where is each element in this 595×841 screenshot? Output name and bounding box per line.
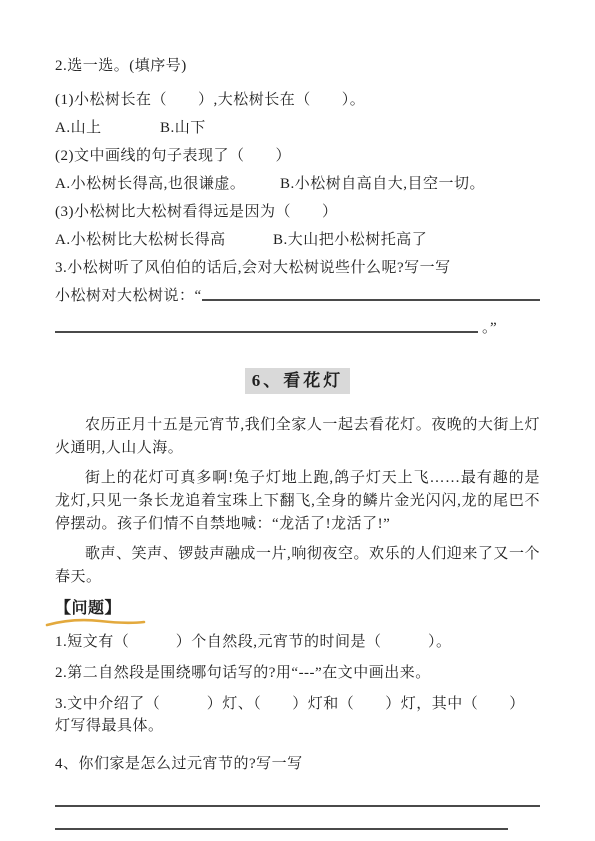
answer-blank-line xyxy=(202,299,540,301)
exercise-2-q2: (2)文中画线的句子表现了（ ） xyxy=(55,146,540,166)
exercise-2-q1-options: A.山上 B.山下 xyxy=(55,118,540,138)
worksheet-page: 2.选一选。(填序号) (1)小松树长在（ ）,大松树长在（ ）。 A.山上 B… xyxy=(0,0,595,841)
reading-section: 6、看花灯 农历正月十五是元宵节,我们全家人一起去看花灯。夜晚的大街上灯火通明,… xyxy=(55,368,540,830)
exercise-2-q3-options: A.小松树比大松树长得高 B.大山把小松树托高了 xyxy=(55,230,540,250)
exercise-2-heading: 2.选一选。(填序号) xyxy=(55,56,540,76)
answer-blank-line xyxy=(55,807,508,830)
answer-suffix: 。” xyxy=(482,318,497,338)
reading-question-3: 3.文中介绍了（ ）灯、（ ）灯和（ ）灯，其中（ ）灯写得最具体。 xyxy=(55,693,540,737)
reading-question-1: 1.短文有（ ）个自然段,元宵节的时间是（ ）。 xyxy=(55,631,540,653)
exercise-2-section: 2.选一选。(填序号) (1)小松树长在（ ）,大松树长在（ ）。 A.山上 B… xyxy=(55,56,540,250)
exercise-2-q3: (3)小松树比大松树看得远是因为（ ） xyxy=(55,202,540,222)
option-b: B.山下 xyxy=(160,118,206,138)
questions-header: 【问题】 xyxy=(55,599,121,619)
option-a: A.山上 xyxy=(55,118,160,138)
answer-prefix: 小松树对大松树说：“ xyxy=(55,286,202,306)
exercise-2-q2-options: A.小松树长得高,也很谦虚。 B.小松树自高自大,目空一切。 xyxy=(55,174,540,194)
reading-question-2: 2.第二自然段是围绕哪句话写的?用“---”在文中画出来。 xyxy=(55,662,540,684)
answer-blank-line xyxy=(55,331,478,333)
passage-title: 6、看花灯 xyxy=(245,368,351,394)
option-a: A.小松树比大松树长得高 xyxy=(55,230,273,250)
exercise-3-section: 3.小松树听了风伯伯的话后,会对大松树说些什么呢?写一写 小松树对大松树说：“ … xyxy=(55,258,540,338)
questions-header-row: 【问题】 xyxy=(55,599,540,619)
passage-title-row: 6、看花灯 xyxy=(55,368,540,394)
passage-paragraph-1: 农历正月十五是元宵节,我们全家人一起去看花灯。夜晚的大街上灯火通明,人山人海。 xyxy=(55,414,540,460)
option-a: A.小松树长得高,也很谦虚。 xyxy=(55,174,280,194)
reading-question-4: 4、你们家是怎么过元宵节的?写一写 xyxy=(55,753,540,775)
option-b: B.小松树自高自大,目空一切。 xyxy=(280,174,485,194)
answer-blank-line xyxy=(55,775,540,807)
exercise-3-answer-row-2: 。” xyxy=(55,318,540,338)
option-b: B.大山把小松树托高了 xyxy=(273,230,427,250)
hand-drawn-underline xyxy=(45,616,147,628)
exercise-3-answer-row-1: 小松树对大松树说：“ xyxy=(55,286,540,306)
passage-paragraph-2: 街上的花灯可真多啊!兔子灯地上跑,鸽子灯天上飞……最有趣的是龙灯,只见一条长龙追… xyxy=(55,467,540,536)
questions-header-text: 【问题】 xyxy=(55,600,121,617)
passage-paragraph-3: 歌声、笑声、锣鼓声融成一片,响彻夜空。欢乐的人们迎来了又一个春天。 xyxy=(55,543,540,589)
exercise-2-q1: (1)小松树长在（ ）,大松树长在（ ）。 xyxy=(55,90,540,110)
exercise-3-heading: 3.小松树听了风伯伯的话后,会对大松树说些什么呢?写一写 xyxy=(55,258,540,278)
